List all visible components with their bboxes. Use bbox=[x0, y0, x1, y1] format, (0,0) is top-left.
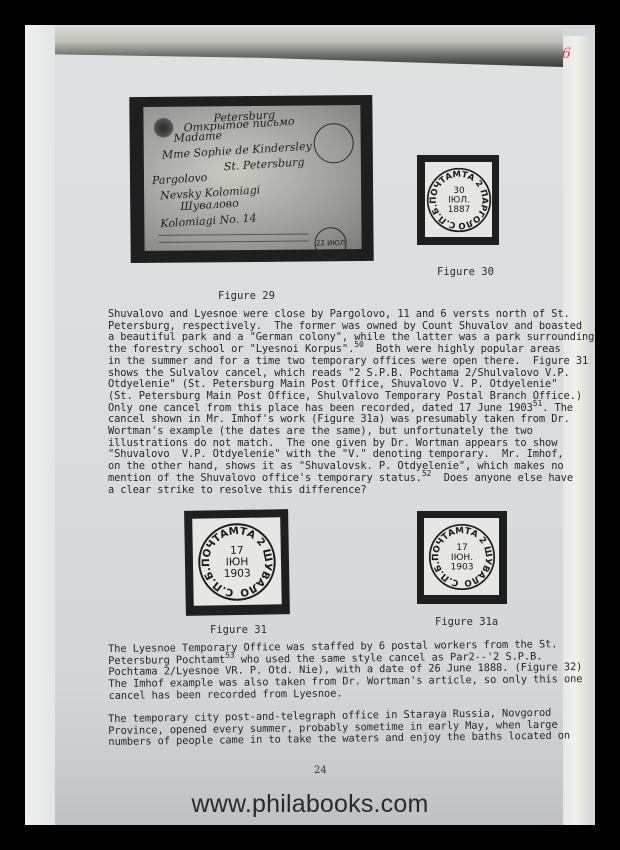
text-line: in the summer and for a time two tempora… bbox=[108, 356, 594, 368]
postmark-stamp: С.П.Б.ПОЧТАМТА 2 ПАРГОЛОВ.ВР.П.ОТД.30ІЮЛ… bbox=[425, 162, 492, 237]
svg-text:1903: 1903 bbox=[224, 566, 251, 579]
figure-30-caption: Figure 30 bbox=[437, 266, 494, 278]
printed-footer-lines bbox=[158, 234, 308, 243]
handwritten-line: St. Petersburg bbox=[224, 155, 305, 173]
cancel-image: С.П.Б.ПОЧТАМТА 2 ШУВАЛОВСК.П.ОТДѢЛЕНIЕ17… bbox=[424, 518, 499, 595]
text-line: a clear strike to resolve this differenc… bbox=[108, 485, 594, 497]
imperial-crest-icon bbox=[153, 117, 173, 139]
postcard-postmark: 22 ИЮЛ bbox=[314, 227, 346, 259]
watermark-url: www.philabooks.com bbox=[0, 790, 620, 819]
paragraph-shuvalovo-lyesnoe: Shuvalovo and Lyesnoe were close by Parg… bbox=[108, 309, 594, 496]
svg-text:17: 17 bbox=[456, 543, 468, 553]
postmark-stamp: С.П.Б.ПОЧТАМТА 2 ШУВАЛОВСК.П.ОТДѢЛЕНIЕ17… bbox=[192, 517, 282, 606]
page-number: 24 bbox=[314, 765, 327, 776]
text-line: Wortman's example (the dates are the sam… bbox=[108, 426, 594, 438]
postcard-image: PetersburgОткрытое письмоMadameMme Sophi… bbox=[143, 105, 361, 251]
postcard-postmark bbox=[314, 123, 354, 163]
svg-text:ІЮН.: ІЮН. bbox=[450, 552, 472, 562]
svg-text:1887: 1887 bbox=[447, 205, 469, 215]
footnote-ref: 50 bbox=[354, 340, 363, 349]
footnote-ref: 52 bbox=[422, 469, 431, 478]
margin-note: 6 bbox=[562, 46, 571, 62]
cancel-image: С.П.Б.ПОЧТАМТА 2 ШУВАЛОВСК.П.ОТДѢЛЕНIЕ17… bbox=[192, 517, 282, 606]
figure-29-postcard: PetersburgОткрытое письмоMadameMme Sophi… bbox=[129, 95, 373, 263]
handwritten-line: Kolomiagi No. 14 bbox=[160, 211, 257, 230]
figure-31-cancel: С.П.Б.ПОЧТАМТА 2 ШУВАЛОВСК.П.ОТДѢЛЕНIЕ17… bbox=[184, 509, 290, 616]
svg-text:30: 30 bbox=[453, 186, 465, 196]
figure-31a-caption: Figure 31a bbox=[435, 616, 498, 628]
adjacent-page-edge-left bbox=[25, 25, 57, 825]
cancel-image: С.П.Б.ПОЧТАМТА 2 ПАРГОЛОВ.ВР.П.ОТД.30ІЮЛ… bbox=[425, 162, 492, 237]
text-line: Shuvalovo and Lyesnoe were close by Parg… bbox=[108, 309, 594, 321]
text-line: mention of the Shuvalovo office's tempor… bbox=[108, 473, 594, 485]
text-line: (St. Petersburg Main Post Office, Shulva… bbox=[108, 391, 594, 403]
footnote-ref: 51 bbox=[533, 399, 542, 408]
figure-31-caption: Figure 31 bbox=[210, 624, 267, 636]
figure-31a-cancel: С.П.Б.ПОЧТАМТА 2 ШУВАЛОВСК.П.ОТДѢЛЕНIЕ17… bbox=[417, 511, 507, 604]
handwritten-line: Pargolovo bbox=[152, 171, 208, 187]
handwritten-line: Шувалово bbox=[180, 197, 239, 214]
figure-30-cancel: С.П.Б.ПОЧТАМТА 2 ПАРГОЛОВ.ВР.П.ОТД.30ІЮЛ… bbox=[417, 155, 499, 245]
figure-29-caption: Figure 29 bbox=[218, 290, 275, 302]
postmark-stamp: С.П.Б.ПОЧТАМТА 2 ШУВАЛОВСК.П.ОТДѢЛЕНIЕ17… bbox=[424, 518, 499, 595]
svg-text:1903: 1903 bbox=[450, 562, 473, 572]
handwritten-line: Madame bbox=[173, 129, 222, 145]
footnote-ref: 53 bbox=[225, 650, 235, 659]
svg-text:ІЮЛ.: ІЮЛ. bbox=[448, 195, 470, 205]
